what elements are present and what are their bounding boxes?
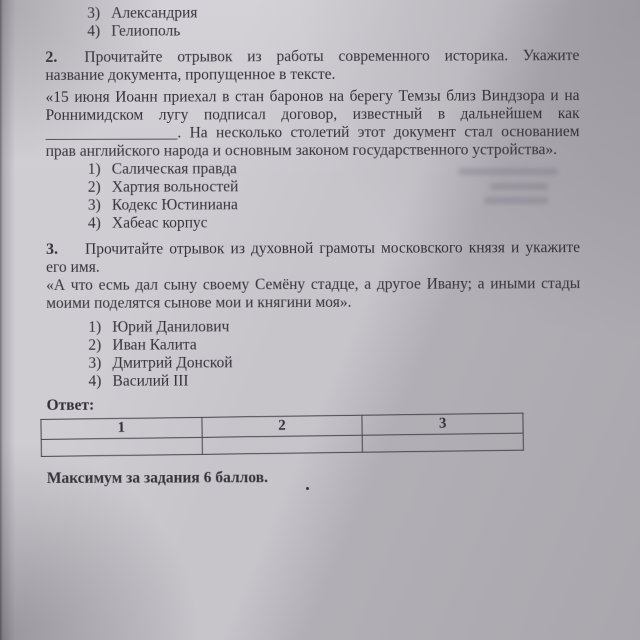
option-text: Кодекс Юстиниана xyxy=(112,196,238,213)
ink-speck xyxy=(306,487,309,490)
quote-line: «15 июня Иоанн приехал в стан баронов на… xyxy=(45,87,579,107)
option-text: Дмитрий Донской xyxy=(112,354,232,371)
question-prompt-text: Прочитайте отрывок из духовной грамоты м… xyxy=(85,239,580,259)
option-text: Гелиополь xyxy=(111,22,180,39)
bleedthrough-mark xyxy=(458,168,558,175)
question-prompt-line: 2. Прочитайте отрывок из работы современ… xyxy=(45,47,579,67)
list-item: 1)Юрий Данилович xyxy=(46,317,580,337)
answer-cell xyxy=(41,437,202,456)
answer-table-header-cell: 2 xyxy=(202,415,363,437)
option-text: Василий III xyxy=(112,372,188,389)
option-number: 4) xyxy=(87,23,111,41)
question-3-quote: «А что есмь дал сыну своему Семёну стадц… xyxy=(46,275,580,313)
bleedthrough-mark xyxy=(490,183,548,190)
question-2-quote: «15 июня Иоанн приехал в стан баронов на… xyxy=(45,87,579,161)
answer-table-header-cell: 3 xyxy=(362,413,523,435)
max-score-note: Максимум за задания 6 баллов. xyxy=(47,468,581,488)
question-3: 3. Прочитайте отрывок из духовной грамот… xyxy=(46,239,581,391)
list-item: 4)Хабеас корпус xyxy=(46,213,580,233)
option-number: 1) xyxy=(88,319,112,337)
option-number: 4) xyxy=(88,373,112,391)
list-item: 4)Василий III xyxy=(46,371,580,391)
page-content: 3)Александрия 4)Гелиополь 2. Прочитайте … xyxy=(45,0,581,488)
question-prompt-line: 3. Прочитайте отрывок из духовной грамот… xyxy=(46,239,580,259)
option-number: 3) xyxy=(88,197,112,215)
quote-line: прав английского народа и основным закон… xyxy=(46,141,580,161)
previous-question-options: 3)Александрия 4)Гелиополь xyxy=(45,0,579,41)
option-number: 2) xyxy=(88,337,112,355)
question-3-options: 1)Юрий Данилович 2)Иван Калита 3)Дмитрий… xyxy=(46,317,580,391)
option-number: 2) xyxy=(88,179,112,197)
question-2: 2. Прочитайте отрывок из работы современ… xyxy=(45,47,580,233)
option-number: 1) xyxy=(88,161,112,179)
answer-cell xyxy=(202,435,363,454)
option-text: Юрий Данилович xyxy=(112,318,229,335)
quote-line: моими поделятся сынове мои и княгини моя… xyxy=(46,293,580,313)
option-number: 4) xyxy=(88,215,112,233)
bleedthrough-mark xyxy=(484,197,548,204)
option-number: 3) xyxy=(87,5,111,23)
option-text: Хабеас корпус xyxy=(112,214,208,231)
option-text: Хартия вольностей xyxy=(112,178,239,195)
question-prompt-line: его имя. xyxy=(46,257,580,277)
quote-line: «А что есмь дал сыну своему Семёну стадц… xyxy=(46,275,580,295)
question-number: 2. xyxy=(45,49,84,67)
option-text: Александрия xyxy=(111,4,197,21)
answer-table-header-cell: 1 xyxy=(41,417,202,439)
answer-table: 1 2 3 xyxy=(40,413,523,457)
question-prompt-text: Прочитайте отрывок из работы современног… xyxy=(84,47,579,67)
option-number: 3) xyxy=(88,355,112,373)
quote-line: Роннимидском лугу подписал договор, изве… xyxy=(46,105,580,125)
quote-line-with-blank: _________________. На несколько столетий… xyxy=(46,123,580,143)
question-prompt-line: название документа, пропущенное в тексте… xyxy=(45,65,579,85)
question-number: 3. xyxy=(46,241,85,259)
option-text: Иван Калита xyxy=(112,336,196,353)
answer-table-wrap: 1 2 3 xyxy=(40,413,523,457)
answer-cell xyxy=(362,433,523,452)
list-item: 2)Иван Калита xyxy=(46,335,580,355)
list-item: 3)Дмитрий Донской xyxy=(46,353,580,373)
list-item: 3)Александрия xyxy=(45,3,579,23)
option-text: Салическая правда xyxy=(112,160,237,177)
list-item: 4)Гелиополь xyxy=(45,21,579,41)
photographed-quiz-page: 3)Александрия 4)Гелиополь 2. Прочитайте … xyxy=(0,0,640,640)
